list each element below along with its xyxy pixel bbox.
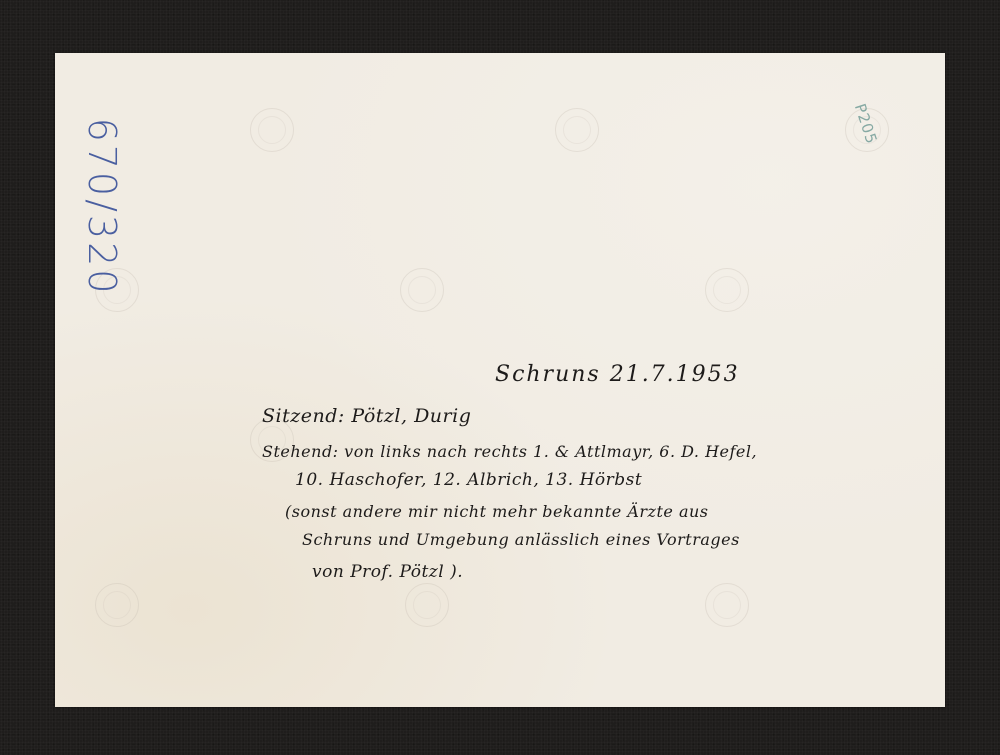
inscription-note-line-2: Schruns und Umgebung anlässlich eines Vo… bbox=[302, 530, 740, 549]
watermark-stamp bbox=[400, 268, 444, 312]
watermark-stamp bbox=[250, 108, 294, 152]
watermark-stamp bbox=[705, 268, 749, 312]
watermark-stamp bbox=[405, 583, 449, 627]
watermark-stamp bbox=[95, 583, 139, 627]
watermark-stamp bbox=[555, 108, 599, 152]
inscription-seated: Sitzend: Pötzl, Durig bbox=[262, 405, 471, 427]
inscription-standing-line-1: Stehend: von links nach rechts 1. & Attl… bbox=[262, 442, 757, 461]
inscription-title: Schruns 21.7.1953 bbox=[495, 362, 740, 387]
watermark-stamp bbox=[705, 583, 749, 627]
archive-number: 670/320 bbox=[80, 102, 124, 312]
inscription-note-line-3: von Prof. Pötzl ). bbox=[312, 562, 463, 582]
inscription-standing-line-2: 10. Haschofer, 12. Albrich, 13. Hörbst bbox=[295, 470, 642, 490]
inscription-note-line-1: (sonst andere mir nicht mehr bekannte Är… bbox=[285, 502, 709, 521]
